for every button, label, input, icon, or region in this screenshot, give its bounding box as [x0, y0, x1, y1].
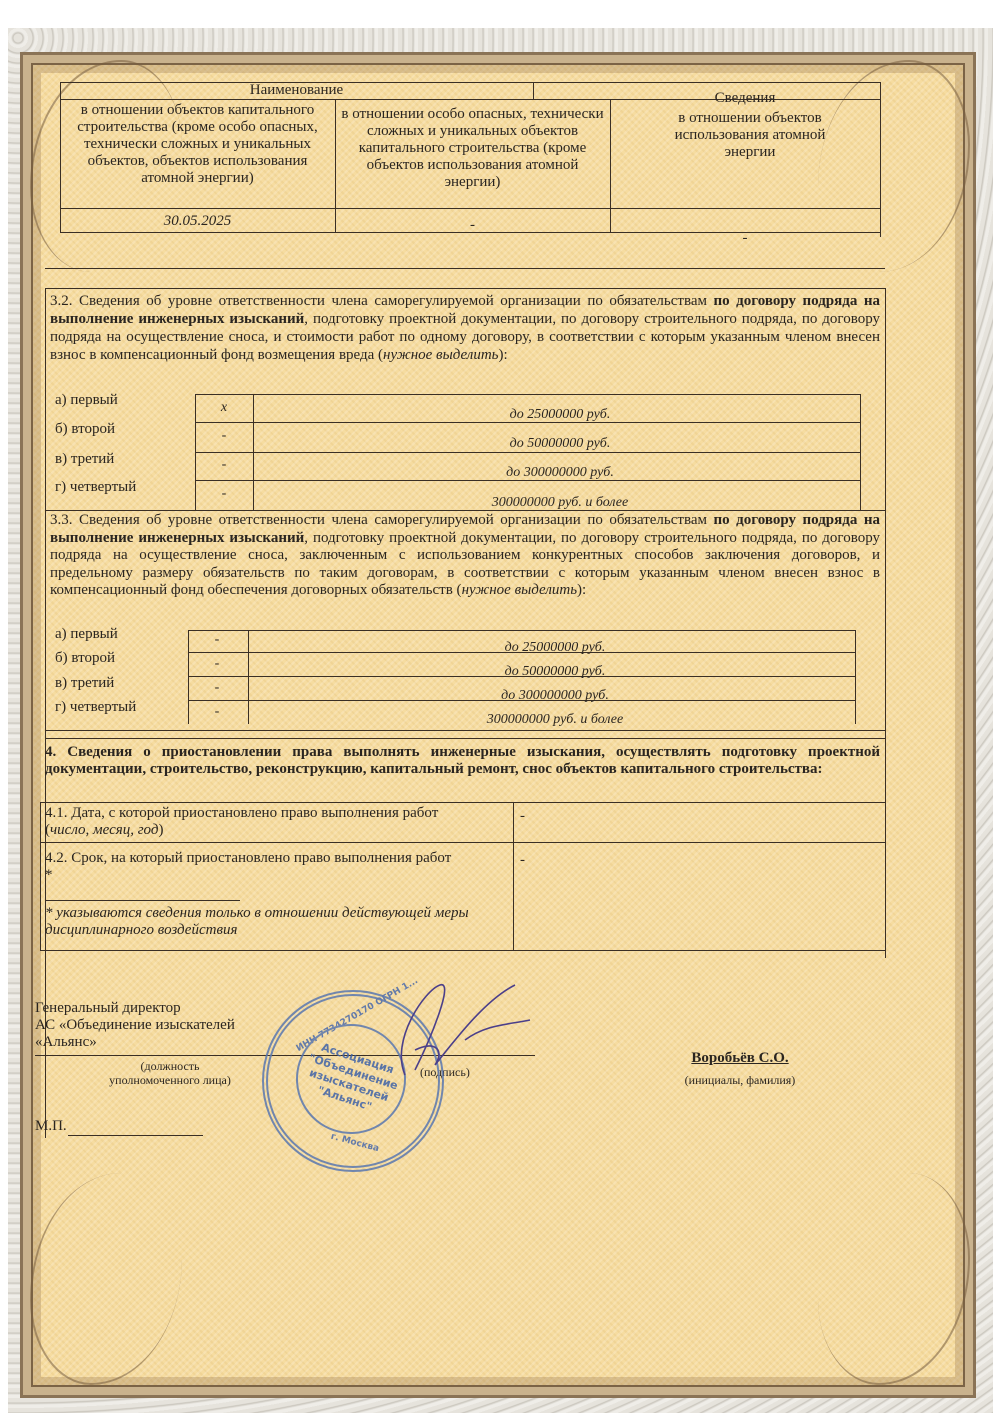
value-hazardous-objects: - — [335, 217, 610, 234]
level-mark: - — [188, 632, 246, 648]
position-caption: (должность уполномоченного лица) — [80, 1059, 260, 1087]
row-4-2-value: - — [520, 852, 525, 869]
header-name: Наименование — [60, 82, 533, 99]
value-nuclear-objects: - — [610, 230, 880, 247]
footnote-disciplinary: * указываются сведения только в отношени… — [45, 905, 510, 939]
column-hazardous-objects: в отношении особо опасных, технически сл… — [340, 106, 605, 191]
row-4-2-label: 4.2. Срок, на который приостановлено пра… — [45, 850, 510, 884]
level-mark: - — [195, 486, 253, 502]
header-info: Сведения — [610, 90, 880, 107]
column-capital-objects: в отношении объектов капитального строит… — [65, 102, 330, 187]
level-mark: - — [195, 457, 253, 473]
value-capital-objects-date: 30.05.2025 — [60, 213, 335, 230]
section-4-title: 4. Сведения о приостановлении права выпо… — [45, 744, 880, 778]
column-nuclear-objects: в отношении объектов использования атомн… — [650, 110, 850, 161]
level-mark: - — [188, 656, 246, 672]
row-4-1-label: 4.1. Дата, с которой приостановлено прав… — [45, 805, 510, 839]
section-3-3-intro: 3.3. Сведения об уровне ответственности … — [50, 512, 880, 600]
name-caption: (инициалы, фамилия) — [660, 1073, 820, 1088]
level-mark: - — [195, 428, 253, 444]
section-3-2-intro: 3.2. Сведения об уровне ответственности … — [50, 292, 880, 364]
level-mark: x — [195, 400, 253, 416]
signatory-position: Генеральный директор АС «Объединение изы… — [35, 1000, 235, 1051]
level-mark: - — [188, 704, 246, 720]
row-4-1-value: - — [520, 808, 525, 825]
level-mark: - — [188, 680, 246, 696]
handwritten-signature — [385, 980, 535, 1090]
signatory-name: Воробьёв С.О. — [660, 1050, 820, 1067]
mp-label: М.П. — [35, 1118, 67, 1135]
